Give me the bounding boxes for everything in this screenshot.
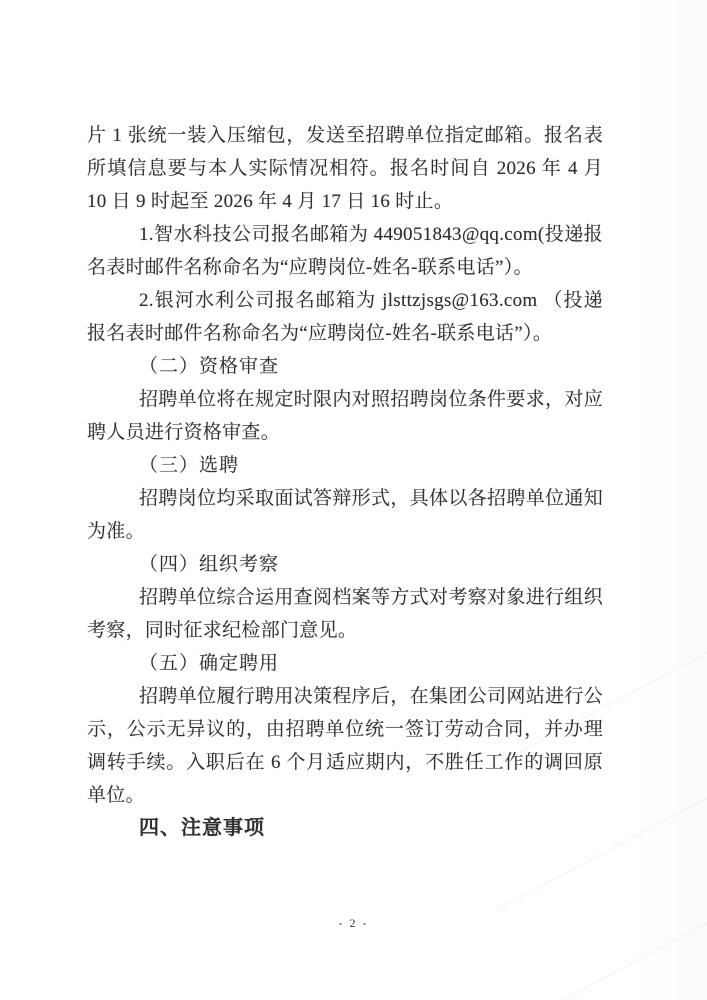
section-heading-qualification-review: （二）资格审查	[87, 350, 603, 383]
paragraph-application-deadline: 片 1 张统一装入压缩包，发送至招聘单位指定邮箱。报名表所填信息要与本人实际情况…	[87, 119, 603, 218]
list-item-zhishui-email: 1.智水科技公司报名邮箱为 449051843@qq.com(投递报名表时邮件名…	[87, 218, 603, 284]
paragraph-employment-confirmation: 招聘单位履行聘用决策程序后，在集团公司网站进行公示，公示无异议的，由招聘单位统一…	[87, 680, 603, 812]
section-heading-selection: （三）选聘	[87, 449, 603, 482]
section-heading-organizational-inspection: （四）组织考察	[87, 548, 603, 581]
page-number: - 2 -	[0, 916, 707, 931]
paragraph-qualification-review: 招聘单位将在规定时限内对照招聘岗位条件要求，对应聘人员进行资格审查。	[87, 383, 603, 449]
list-item-yinhe-email: 2.银河水利公司报名邮箱为 jlsttzjsgs@163.com （投递报名表时…	[87, 284, 603, 350]
document-body: 片 1 张统一装入压缩包，发送至招聘单位指定邮箱。报名表所填信息要与本人实际情况…	[87, 119, 603, 845]
paragraph-organizational-inspection: 招聘单位综合运用查阅档案等方式对考察对象进行组织考察，同时征求纪检部门意见。	[87, 581, 603, 647]
scanned-document-page: 片 1 张统一装入压缩包，发送至招聘单位指定邮箱。报名表所填信息要与本人实际情况…	[0, 0, 707, 1000]
section-heading-notes: 四、注意事项	[87, 812, 603, 845]
scan-shade-artifact	[637, 0, 707, 1000]
paragraph-selection: 招聘岗位均采取面试答辩形式，具体以各招聘单位通知为准。	[87, 482, 603, 548]
section-heading-employment-confirmation: （五）确定聘用	[87, 647, 603, 680]
